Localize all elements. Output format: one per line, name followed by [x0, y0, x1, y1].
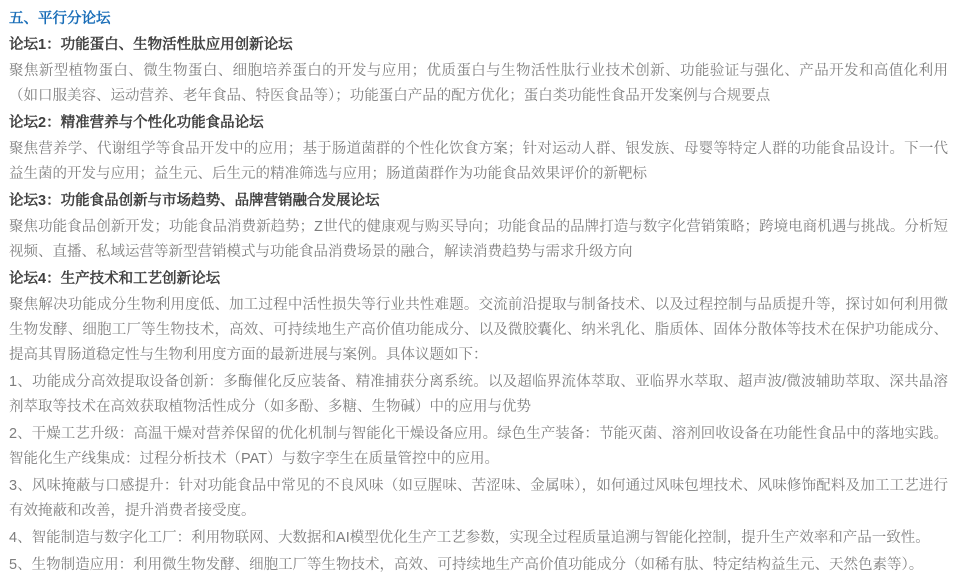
forum-4-heading: 论坛4：生产技术和工艺创新论坛 [9, 267, 948, 292]
section-title: 五、平行分论坛 [9, 7, 948, 32]
forum-4-description: 聚焦解决功能成分生物利用度低、加工过程中活性损失等行业共性难题。交流前沿提取与制… [9, 293, 948, 368]
forum-block-1: 论坛1：功能蛋白、生物活性肽应用创新论坛 聚焦新型植物蛋白、微生物蛋白、细胞培养… [9, 33, 948, 109]
forum-3-heading: 论坛3：功能食品创新与市场趋势、品牌营销融合发展论坛 [9, 189, 948, 214]
forum-block-4: 论坛4：生产技术和工艺创新论坛 聚焦解决功能成分生物利用度低、加工过程中活性损失… [9, 267, 948, 574]
agenda-page: 五、平行分论坛 论坛1：功能蛋白、生物活性肽应用创新论坛 聚焦新型植物蛋白、微生… [0, 0, 958, 574]
forum-3-description: 聚焦功能食品创新开发；功能食品消费新趋势；Z世代的健康观与购买导向；功能食品的品… [9, 215, 948, 265]
forum-1-heading: 论坛1：功能蛋白、生物活性肽应用创新论坛 [9, 33, 948, 58]
forum-2-heading: 论坛2：精准营养与个性化功能食品论坛 [9, 111, 948, 136]
forum-4-topic-2: 2、干燥工艺升级：高温干燥对营养保留的优化机制与智能化干燥设备应用。绿色生产装备… [9, 422, 948, 472]
forum-block-2: 论坛2：精准营养与个性化功能食品论坛 聚焦营养学、代谢组学等食品开发中的应用；基… [9, 111, 948, 187]
forum-4-topic-3: 3、风味掩蔽与口感提升：针对功能食品中常见的不良风味（如豆腥味、苦涩味、金属味）… [9, 474, 948, 524]
forum-4-topic-5: 5、生物制造应用：利用微生物发酵、细胞工厂等生物技术，高效、可持续地生产高价值功… [9, 553, 948, 574]
forum-4-topic-1: 1、功能成分高效提取设备创新：多酶催化反应装备、精准捕获分离系统。以及超临界流体… [9, 370, 948, 420]
forum-4-topic-4: 4、智能制造与数字化工厂：利用物联网、大数据和AI模型优化生产工艺参数，实现全过… [9, 526, 948, 551]
forum-2-description: 聚焦营养学、代谢组学等食品开发中的应用；基于肠道菌群的个性化饮食方案；针对运动人… [9, 137, 948, 187]
forum-block-3: 论坛3：功能食品创新与市场趋势、品牌营销融合发展论坛 聚焦功能食品创新开发；功能… [9, 189, 948, 265]
forum-1-description: 聚焦新型植物蛋白、微生物蛋白、细胞培养蛋白的开发与应用；优质蛋白与生物活性肽行业… [9, 59, 948, 109]
